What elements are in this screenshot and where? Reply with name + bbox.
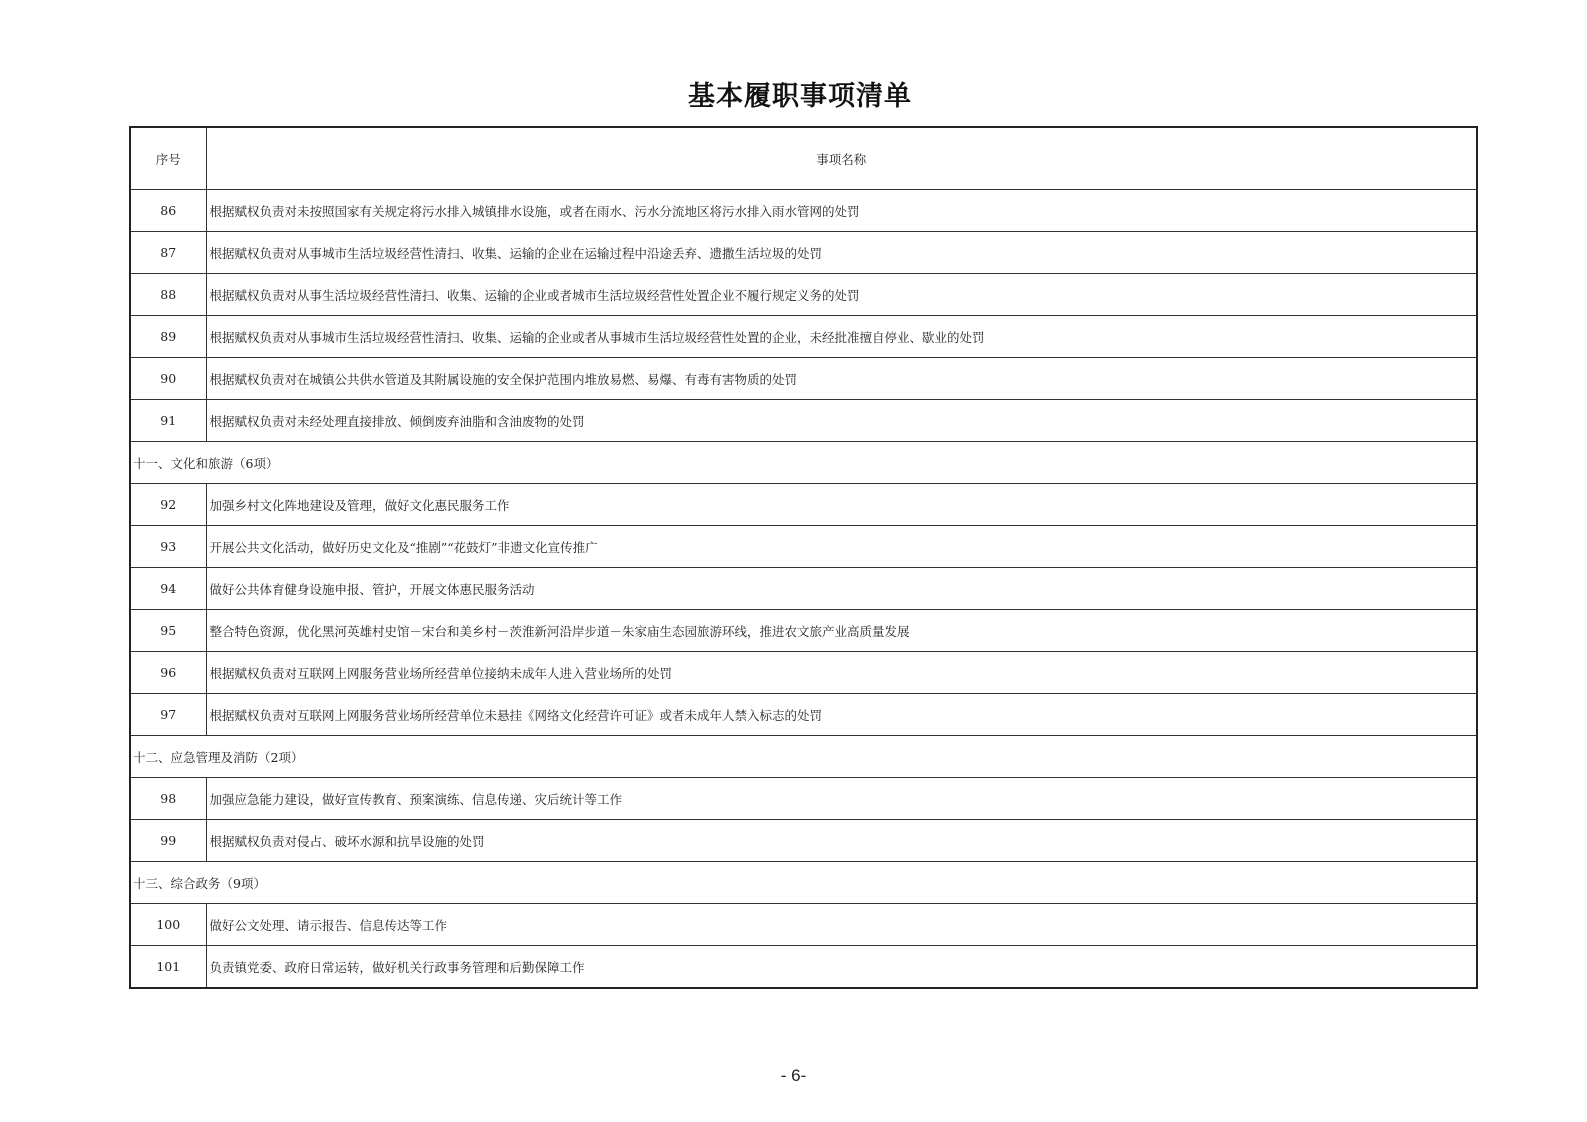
serial-number-cell: 93 — [130, 526, 206, 568]
table-row: 87 根据赋权负责对从事城市生活垃圾经营性清扫、收集、运输的企业在运输过程中沿途… — [130, 232, 1477, 274]
serial-number-cell: 89 — [130, 316, 206, 358]
serial-number-cell: 99 — [130, 820, 206, 862]
table-header-row: 序号 事项名称 — [130, 127, 1477, 190]
item-name-cell: 整合特色资源，优化黑河英雄村史馆－宋台和美乡村－茨淮新河沿岸步道－朱家庙生态园旅… — [206, 610, 1477, 652]
serial-number-cell: 95 — [130, 610, 206, 652]
item-name-cell: 加强应急能力建设，做好宣传教育、预案演练、信息传递、灾后统计等工作 — [206, 778, 1477, 820]
table-row: 95 整合特色资源，优化黑河英雄村史馆－宋台和美乡村－茨淮新河沿岸步道－朱家庙生… — [130, 610, 1477, 652]
section-header-row: 十二、应急管理及消防（2项） — [130, 736, 1477, 778]
serial-number-cell: 94 — [130, 568, 206, 610]
section-title-general-affairs: 十三、综合政务（9项） — [130, 862, 1477, 904]
item-name-cell: 负责镇党委、政府日常运转，做好机关行政事务管理和后勤保障工作 — [206, 946, 1477, 989]
column-header-item-name: 事项名称 — [206, 127, 1477, 190]
item-name-cell: 根据赋权负责对互联网上网服务营业场所经营单位未悬挂《网络文化经营许可证》或者未成… — [206, 694, 1477, 736]
table-body: 86 根据赋权负责对未按照国家有关规定将污水排入城镇排水设施，或者在雨水、污水分… — [130, 190, 1477, 989]
item-name-cell: 根据赋权负责对在城镇公共供水管道及其附属设施的安全保护范围内堆放易燃、易爆、有毒… — [206, 358, 1477, 400]
column-header-serial-number: 序号 — [130, 127, 206, 190]
table-row: 94 做好公共体育健身设施申报、管护，开展文体惠民服务活动 — [130, 568, 1477, 610]
table-row: 92 加强乡村文化阵地建设及管理，做好文化惠民服务工作 — [130, 484, 1477, 526]
item-name-cell: 开展公共文化活动，做好历史文化及“推剧”“花鼓灯”非遗文化宣传推广 — [206, 526, 1477, 568]
item-name-cell: 根据赋权负责对未按照国家有关规定将污水排入城镇排水设施，或者在雨水、污水分流地区… — [206, 190, 1477, 232]
serial-number-cell: 92 — [130, 484, 206, 526]
table-row: 100 做好公文处理、请示报告、信息传达等工作 — [130, 904, 1477, 946]
table-row: 89 根据赋权负责对从事城市生活垃圾经营性清扫、收集、运输的企业或者从事城市生活… — [130, 316, 1477, 358]
table-row: 91 根据赋权负责对未经处理直接排放、倾倒废弃油脂和含油废物的处罚 — [130, 400, 1477, 442]
document-title: 基本履职事项清单 — [0, 74, 1587, 113]
table-row: 90 根据赋权负责对在城镇公共供水管道及其附属设施的安全保护范围内堆放易燃、易爆… — [130, 358, 1477, 400]
serial-number-cell: 96 — [130, 652, 206, 694]
table-row: 86 根据赋权负责对未按照国家有关规定将污水排入城镇排水设施，或者在雨水、污水分… — [130, 190, 1477, 232]
table-row: 101 负责镇党委、政府日常运转，做好机关行政事务管理和后勤保障工作 — [130, 946, 1477, 989]
item-name-cell: 根据赋权负责对侵占、破坏水源和抗旱设施的处罚 — [206, 820, 1477, 862]
serial-number-cell: 97 — [130, 694, 206, 736]
section-title-culture-tourism: 十一、文化和旅游（6项） — [130, 442, 1477, 484]
duty-list-table: 序号 事项名称 86 根据赋权负责对未按照国家有关规定将污水排入城镇排水设施，或… — [129, 126, 1478, 989]
page-number: - 6- — [0, 1066, 1587, 1086]
section-header-row: 十三、综合政务（9项） — [130, 862, 1477, 904]
serial-number-cell: 86 — [130, 190, 206, 232]
section-title-emergency-management: 十二、应急管理及消防（2项） — [130, 736, 1477, 778]
table-row: 97 根据赋权负责对互联网上网服务营业场所经营单位未悬挂《网络文化经营许可证》或… — [130, 694, 1477, 736]
table-row: 93 开展公共文化活动，做好历史文化及“推剧”“花鼓灯”非遗文化宣传推广 — [130, 526, 1477, 568]
item-name-cell: 加强乡村文化阵地建设及管理，做好文化惠民服务工作 — [206, 484, 1477, 526]
duty-list-table-container: 序号 事项名称 86 根据赋权负责对未按照国家有关规定将污水排入城镇排水设施，或… — [129, 126, 1476, 989]
item-name-cell: 根据赋权负责对未经处理直接排放、倾倒废弃油脂和含油废物的处罚 — [206, 400, 1477, 442]
serial-number-cell: 87 — [130, 232, 206, 274]
table-row: 88 根据赋权负责对从事生活垃圾经营性清扫、收集、运输的企业或者城市生活垃圾经营… — [130, 274, 1477, 316]
serial-number-cell: 101 — [130, 946, 206, 989]
section-header-row: 十一、文化和旅游（6项） — [130, 442, 1477, 484]
serial-number-cell: 91 — [130, 400, 206, 442]
item-name-cell: 做好公共体育健身设施申报、管护，开展文体惠民服务活动 — [206, 568, 1477, 610]
table-row: 99 根据赋权负责对侵占、破坏水源和抗旱设施的处罚 — [130, 820, 1477, 862]
item-name-cell: 做好公文处理、请示报告、信息传达等工作 — [206, 904, 1477, 946]
item-name-cell: 根据赋权负责对从事生活垃圾经营性清扫、收集、运输的企业或者城市生活垃圾经营性处置… — [206, 274, 1477, 316]
serial-number-cell: 90 — [130, 358, 206, 400]
item-name-cell: 根据赋权负责对从事城市生活垃圾经营性清扫、收集、运输的企业在运输过程中沿途丢弃、… — [206, 232, 1477, 274]
table-row: 96 根据赋权负责对互联网上网服务营业场所经营单位接纳未成年人进入营业场所的处罚 — [130, 652, 1477, 694]
serial-number-cell: 100 — [130, 904, 206, 946]
serial-number-cell: 98 — [130, 778, 206, 820]
table-row: 98 加强应急能力建设，做好宣传教育、预案演练、信息传递、灾后统计等工作 — [130, 778, 1477, 820]
serial-number-cell: 88 — [130, 274, 206, 316]
item-name-cell: 根据赋权负责对从事城市生活垃圾经营性清扫、收集、运输的企业或者从事城市生活垃圾经… — [206, 316, 1477, 358]
item-name-cell: 根据赋权负责对互联网上网服务营业场所经营单位接纳未成年人进入营业场所的处罚 — [206, 652, 1477, 694]
